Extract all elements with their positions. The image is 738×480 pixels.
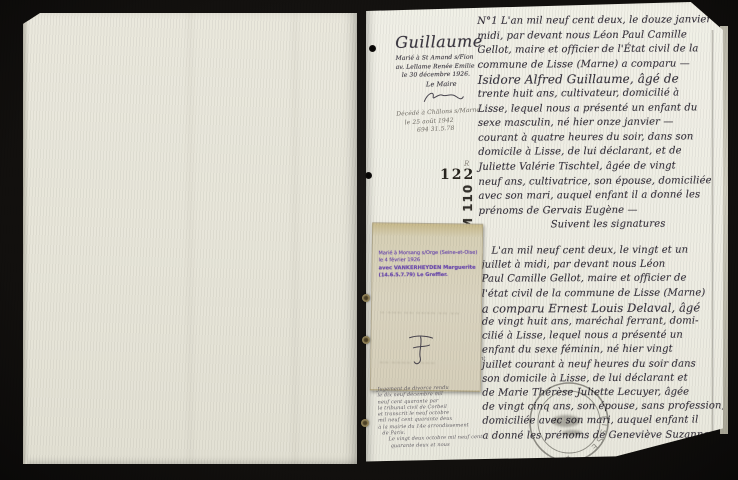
manuscript-line: l'état civil de la commune de Lisse (Mar…	[482, 286, 730, 302]
paper-crease	[288, 13, 302, 464]
page-edge-stack	[23, 13, 29, 464]
manuscript-line: juillet courant à neuf heures du soir da…	[482, 357, 730, 373]
binding-brad	[362, 294, 370, 302]
rotated-number-stamp: M 110	[461, 180, 477, 230]
punch-hole	[369, 45, 376, 52]
manuscript-line: (14.6.5.7.79) Le Greffier.	[379, 272, 479, 280]
manuscript-line: courant à quatre heures du soir, dans so…	[478, 130, 730, 146]
manuscript-line: N°1 L'an mil neuf cent deux, le douze ja…	[477, 13, 729, 29]
svg-text:★: ★	[565, 454, 571, 462]
round-stamp-text: LISSE	[587, 415, 609, 453]
manuscript-line: Suivent les signatures	[479, 217, 731, 233]
manuscript-line: L'an mil neuf cent deux, le vingt et un	[481, 243, 729, 259]
binding-brad	[361, 419, 369, 427]
pencil-mark: R	[464, 160, 469, 168]
manuscript-line: enfant du sexe féminin, né hier vingt	[482, 343, 730, 359]
mayor-signature	[422, 89, 464, 106]
register-page: Guillaume Marié à St Amand s/Fionav. Lel…	[366, 2, 723, 468]
manuscript-line: Paul Camille Gellot, maire et officier d…	[482, 272, 730, 288]
manuscript-line: de vingt huit ans, maréchal ferrant, dom…	[482, 314, 730, 330]
birth-record-entry-1: N°1 L'an mil neuf cent deux, le douze ja…	[477, 13, 731, 234]
mairie-round-stamp: LISSE ★	[526, 379, 612, 465]
manuscript-line: a comparu Ernest Louis Delaval, âgé	[482, 300, 730, 316]
left-blank-page	[23, 13, 357, 464]
manuscript-line: cilié à Lisse, lequel nous a présenté un	[482, 329, 730, 345]
paper-crease	[183, 13, 197, 464]
binding-brad	[362, 336, 370, 344]
clerk-paraph	[405, 334, 435, 368]
marriage-mention-stamp: Marié à Morsang s/Orge (Seine-et-Oise)le…	[378, 250, 478, 280]
manuscript-line: avec son mari, auquel enfant il a donné …	[478, 188, 730, 204]
punch-hole	[365, 172, 372, 179]
register-photograph: Guillaume Marié à St Amand s/Fionav. Lel…	[0, 0, 738, 480]
manuscript-line: Lisse, lequel nous a présenté un enfant …	[478, 101, 730, 117]
svg-text:LISSE: LISSE	[587, 415, 609, 453]
pasted-slip: ~ ~~~ ~~ ~~~~ ~~ ~~ ~~ ~~~~ ~ ~~~ Marié …	[370, 222, 483, 392]
manuscript-line: Gellot, maire et officier de l'État civi…	[477, 42, 729, 58]
bleedthrough-text: ~ ~~~ ~~ ~~~~ ~~ ~~	[380, 309, 475, 317]
manuscript-line: juillet à midi, par devant nous Léon	[482, 258, 730, 274]
divorce-marginal-note: Jugement de divorce rendule dix neuf déc…	[377, 383, 508, 449]
